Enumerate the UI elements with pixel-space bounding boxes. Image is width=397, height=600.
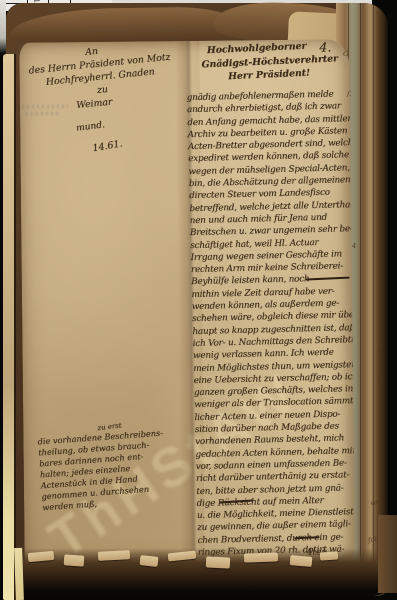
file-number: 14.61. [92,138,124,154]
bleedthrough-mark [22,104,68,108]
bottom-right-page-edge [378,515,397,593]
edge-glyph: 4 [352,242,357,250]
bleedthrough-mark [26,111,60,115]
paper-fragment [168,551,197,562]
salutation-block: HochwohlgebornerGnädigst-Höchstverehrter… [201,39,351,85]
bottom-tattered-edge [6,548,388,596]
paper-fragment [320,551,339,560]
marginal-note: die vorhandene Beschreibens-theilung, ob… [37,427,170,513]
letter-body: gnädig anbefohlenermaßen meldeandurch eh… [187,88,354,559]
edge-glyph: G [342,50,349,59]
edge-glyph: fol [367,535,377,544]
facing-page-strip [3,54,16,600]
edge-glyph: f. [347,90,352,98]
clerk-note: mund. [76,120,106,134]
paper-fragment [244,552,278,562]
edge-glyph: 1: [377,376,385,385]
paper-fragment [98,550,130,561]
paper-fragment [28,551,55,562]
edge-glyph: 1. [376,346,384,355]
page-edge-crack [360,3,361,596]
paper-fragment [206,556,231,568]
paper-fragment [64,554,85,566]
paper-fragment [140,555,159,567]
manuscript-paper: ThHStAW Andes Herrn Präsident von MotzHo… [19,39,354,564]
paper-fragment [290,555,313,567]
book-block: ThHStAW Andes Herrn Präsident von MotzHo… [6,3,388,596]
manuscript-scan: 18 ThHStAW Andes Herrn Präsident von Mot… [0,0,397,600]
page-edge-crack [373,3,374,596]
